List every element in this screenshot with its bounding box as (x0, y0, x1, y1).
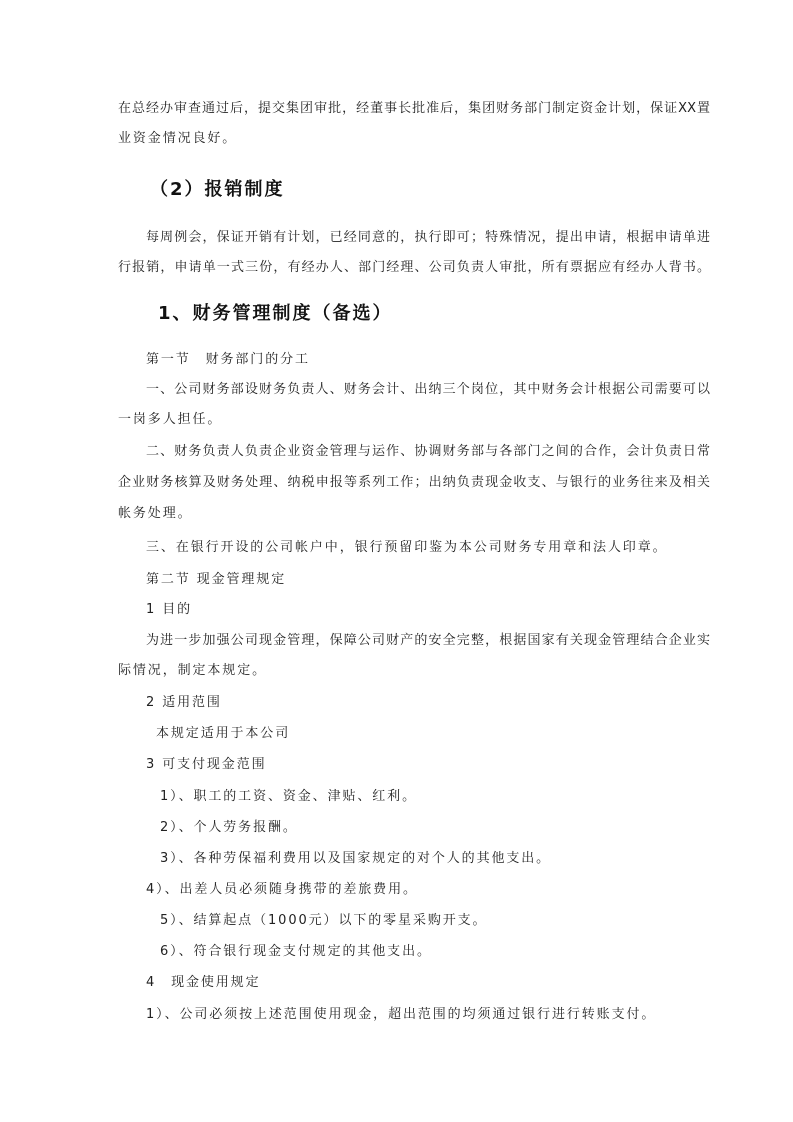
purpose-title: 1 目的 (146, 602, 192, 618)
item-2-line-3: 帐务处理。 (118, 506, 193, 522)
finance-management-heading: 1、财务管理制度（备选） (158, 303, 393, 325)
intro-paragraph-line-2: 业资金情况良好。 (118, 131, 237, 147)
item-1-line-1: 一、公司财务部设财务负责人、财务会计、出纳三个岗位，其中财务会计根据公司需要可以 (146, 382, 710, 398)
section-1-title: 第一节 财务部门的分工 (146, 352, 310, 368)
purpose-line-1: 为进一步加强公司现金管理，保障公司财产的安全完整，根据国家有关现金管理结合企业实 (146, 633, 710, 649)
purpose-line-2: 际情况，制定本规定。 (118, 663, 267, 679)
item-2-line-2: 企业财务核算及财务处理、纳税申报等系列工作；出纳负责现金收支、与银行的业务往来及… (118, 475, 710, 491)
payable-item-5: 5）、结算起点（1000元）以下的零星采购开支。 (160, 913, 487, 929)
scope-title: 2 适用范围 (146, 695, 222, 711)
intro-paragraph-line-1: 在总经办审查通过后，提交集团审批，经董事长批准后，集团财务部门制定资金计划，保证… (118, 101, 710, 117)
payable-item-3: 3）、各种劳保福利费用以及国家规定的对个人的其他支出。 (160, 851, 551, 867)
payable-item-1: 1）、职工的工资、资金、津贴、红利。 (160, 789, 417, 805)
cash-usage-item-1: 1）、公司必须按上述范围使用现金，超出范围的均须通过银行进行转账支付。 (146, 1007, 656, 1023)
scope-text: 本规定适用于本公司 (156, 726, 290, 742)
reimbursement-paragraph-line-1: 每周例会，保证开销有计划，已经同意的，执行即可；特殊情况，提出申请，根据申请单进 (146, 230, 710, 246)
payable-item-2: 2）、个人劳务报酬。 (160, 820, 298, 836)
section-2-title: 第二节 现金管理规定 (146, 572, 286, 588)
cash-usage-title: 4 现金使用规定 (146, 975, 260, 991)
item-1-line-2: 一岗多人担任。 (118, 412, 222, 428)
payable-item-4: 4）、出差人员必须随身携带的差旅费用。 (146, 882, 418, 898)
item-2-line-1: 二、财务负责人负责企业资金管理与运作、协调财务部与各部门之间的合作，会计负责日常 (146, 444, 710, 460)
reimbursement-paragraph-line-2: 行报销，申请单一式三份，有经办人、部门经理、公司负责人审批，所有票据应有经办人背… (118, 260, 710, 276)
reimbursement-heading: （2）报销制度 (150, 179, 285, 201)
document-page: 在总经办审查通过后，提交集团审批，经董事长批准后，集团财务部门制定资金计划，保证… (0, 0, 793, 1122)
payable-item-6: 6）、符合银行现金支付规定的其他支出。 (160, 944, 432, 960)
item-3: 三、在银行开设的公司帐户中，银行预留印鉴为本公司财务专用章和法人印章。 (146, 540, 668, 556)
payable-scope-title: 3 可支付现金范围 (146, 757, 267, 773)
